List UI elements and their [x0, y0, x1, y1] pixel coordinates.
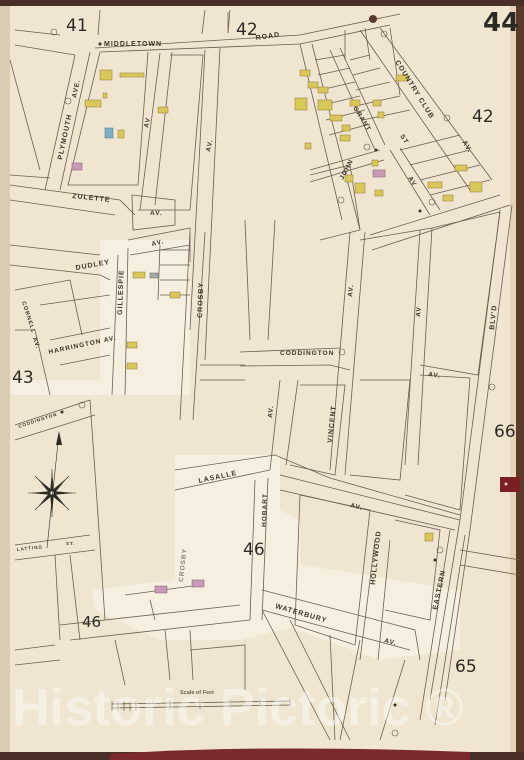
- page-tab: [500, 477, 520, 492]
- sheet-num-65: 65: [455, 657, 477, 677]
- label-latting-st: ST.: [66, 541, 76, 546]
- sheet-num-42-right: 42: [472, 107, 494, 127]
- sheet-num-41: 41: [66, 16, 88, 36]
- fire-insurance-map: 41 42 42 43 66 46 46 65 44 MIDDLETOWN RO…: [0, 0, 524, 760]
- sheet-num-46-lower: 46: [82, 613, 101, 631]
- label-zulette-av: AV.: [150, 210, 163, 217]
- label-hobart: HOBART: [261, 493, 269, 527]
- map-sheet: 41 42 42 43 66 46 46 65 44 MIDDLETOWN RO…: [0, 0, 524, 760]
- label-av-coddington-south: AV.: [267, 405, 275, 418]
- sheet-num-66: 66: [494, 422, 516, 442]
- plate-number: 44: [483, 8, 519, 38]
- sheet-num-46-center: 46: [243, 540, 265, 560]
- label-crosby: CROSBY: [197, 282, 205, 318]
- sheet-num-43: 43: [12, 368, 34, 388]
- label-av-mid-col: AV.: [347, 284, 355, 297]
- label-middletown: MIDDLETOWN: [104, 41, 162, 48]
- sheet-num-42-top: 42: [236, 20, 258, 40]
- label-coddington: CODDINGTON: [280, 350, 334, 357]
- watermark: Historic Pictoric ®: [12, 679, 464, 737]
- label-av-right-col: AV: [415, 306, 423, 317]
